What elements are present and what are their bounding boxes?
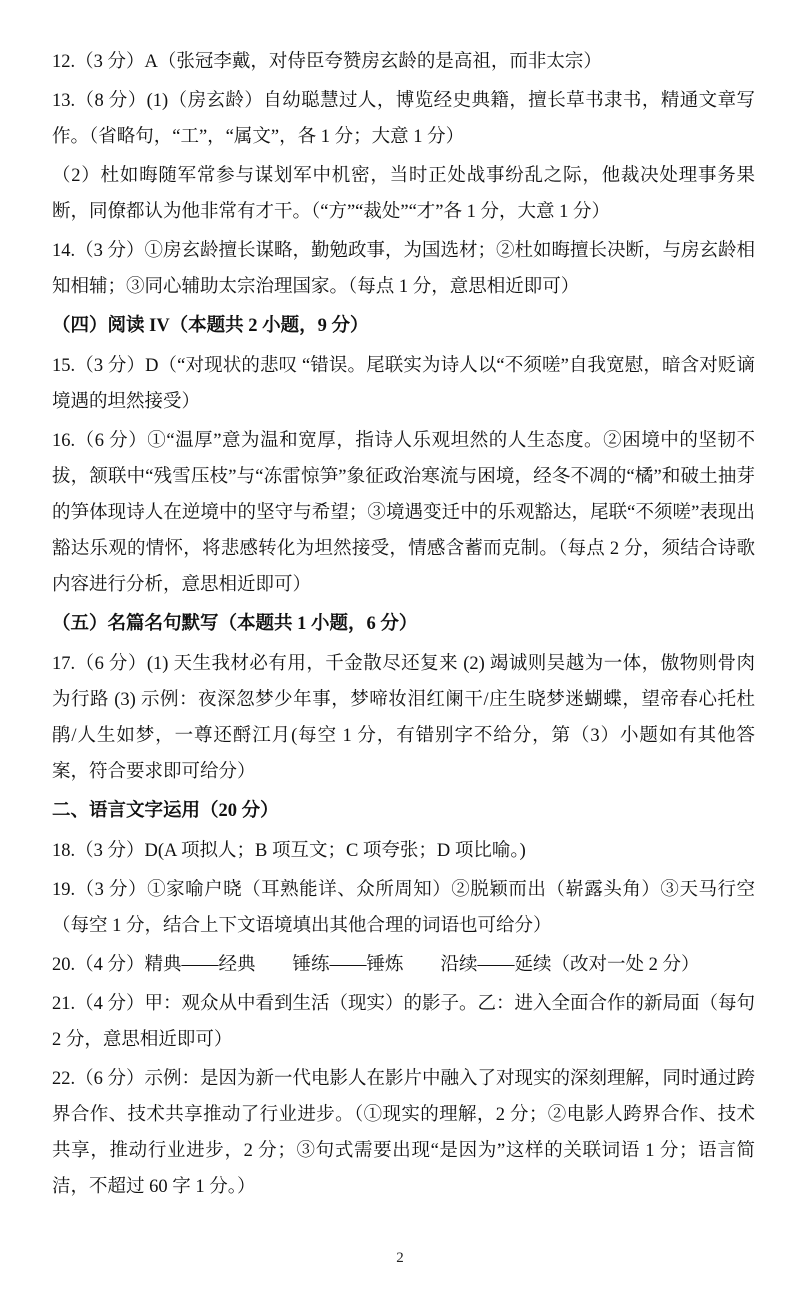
answers-content: 12.（3 分）A（张冠李戴，对侍臣夸赞房玄龄的是高祖，而非太宗） 13.（8 … (0, 0, 800, 1205)
answer-item-16: 16.（6 分）①“温厚”意为温和宽厚，指诗人乐观坦然的人生态度。②困境中的坚韧… (52, 423, 755, 603)
answer-sheet-page: 12.（3 分）A（张冠李戴，对侍臣夸赞房玄龄的是高祖，而非太宗） 13.（8 … (0, 0, 800, 1300)
answer-item-17: 17.（6 分）(1) 天生我材必有用，千金散尽还复来 (2) 竭诚则吴越为一体… (52, 646, 755, 790)
answer-item-15: 15.（3 分）D（“对现状的悲叹 “错误。尾联实为诗人以“不须嗟”自我宽慰，暗… (52, 348, 755, 420)
answer-item-18: 18.（3 分）D(A 项拟人；B 项互文；C 项夸张；D 项比喻。) (52, 833, 755, 869)
page-number: 2 (396, 1250, 404, 1266)
page-footer: 2 (0, 1248, 800, 1268)
answer-item-20: 20.（4 分）精典——经典 锤练——锤炼 沿续——延续（改对一处 2 分） (52, 947, 755, 983)
answer-item-22: 22.（6 分）示例：是因为新一代电影人在影片中融入了对现实的深刻理解，同时通过… (52, 1061, 755, 1205)
answer-item-21: 21.（4 分）甲：观众从中看到生活（现实）的影子。乙：进入全面合作的新局面（每… (52, 986, 755, 1058)
answer-item-14: 14.（3 分）①房玄龄擅长谋略，勤勉政事，为国选材；②杜如晦擅长决断，与房玄龄… (52, 233, 755, 305)
answer-item-19: 19.（3 分）①家喻户晓（耳熟能详、众所周知）②脱颖而出（崭露头角）③天马行空… (52, 872, 755, 944)
section-heading-language-use: 二、语言文字运用（20 分） (52, 793, 755, 829)
section-heading-reading-4: （四）阅读 IV（本题共 2 小题，9 分） (52, 308, 755, 344)
answer-item-13-part2: （2）杜如晦随军常参与谋划军中机密，当时正处战事纷乱之际，他裁决处理事务果断，同… (52, 158, 755, 230)
answer-item-12: 12.（3 分）A（张冠李戴，对侍臣夸赞房玄龄的是高祖，而非太宗） (52, 44, 755, 80)
answer-item-13-part1: 13.（8 分）(1)（房玄龄）自幼聪慧过人，博览经史典籍，擅长草书隶书，精通文… (52, 83, 755, 155)
section-heading-dictation-5: （五）名篇名句默写（本题共 1 小题，6 分） (52, 606, 755, 642)
